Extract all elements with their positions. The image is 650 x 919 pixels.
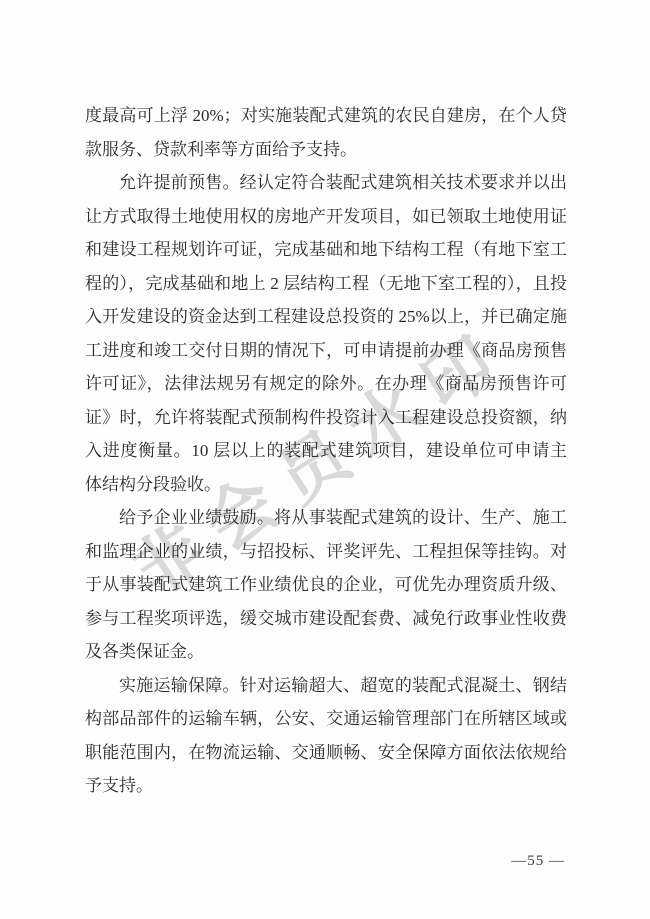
document-page: 非会员水印 度最高可上浮 20%；对实施装配式建筑的农民自建房，在个人贷款服务、…: [0, 0, 650, 919]
text-line: 证》时，允许将装配式预制构件投资计入工程建设总投资额，纳: [85, 401, 567, 435]
page-number: —55 —: [511, 853, 565, 870]
text-line: 于从事装配式建筑工作业绩优良的企业，可优先办理资质升级、: [85, 568, 567, 602]
text-line: 和监理企业的业绩，与招投标、评奖评先、工程担保等挂钩。对: [85, 535, 567, 569]
text-line: 和建设工程规划许可证，完成基础和地下结构工程（有地下室工: [85, 233, 567, 267]
text-line: 构部品部件的运输车辆，公安、交通运输管理部门在所辖区域或: [85, 702, 567, 736]
text-line: 予支持。: [85, 769, 567, 803]
text-line: 让方式取得土地使用权的房地产开发项目，如已领取土地使用证: [85, 200, 567, 234]
text-line: 度最高可上浮 20%；对实施装配式建筑的农民自建房，在个人贷: [85, 99, 567, 133]
text-line: 职能范围内，在物流运输、交通顺畅、安全保障方面依法依规给: [85, 736, 567, 770]
text-line: 款服务、贷款利率等方面给予支持。: [85, 133, 567, 167]
text-line: 程的），完成基础和地上 2 层结构工程（无地下室工程的），且投: [85, 267, 567, 301]
text-line: 体结构分段验收。: [85, 468, 567, 502]
text-line: 工进度和竣工交付日期的情况下，可申请提前办理《商品房预售: [85, 334, 567, 368]
text-line: 实施运输保障。针对运输超大、超宽的装配式混凝土、钢结: [85, 669, 567, 703]
text-line: 许可证》，法律法规另有规定的除外。在办理《商品房预售许可: [85, 367, 567, 401]
text-line: 入开发建设的资金达到工程建设总投资的 25%以上，并已确定施: [85, 300, 567, 334]
text-line: 入进度衡量。10 层以上的装配式建筑项目，建设单位可申请主: [85, 434, 567, 468]
document-body: 度最高可上浮 20%；对实施装配式建筑的农民自建房，在个人贷款服务、贷款利率等方…: [85, 99, 567, 803]
text-line: 给予企业业绩鼓励。将从事装配式建筑的设计、生产、施工: [85, 501, 567, 535]
text-line: 参与工程奖项评选，缓交城市建设配套费、减免行政事业性收费: [85, 602, 567, 636]
text-line: 允许提前预售。经认定符合装配式建筑相关技术要求并以出: [85, 166, 567, 200]
text-line: 及各类保证金。: [85, 635, 567, 669]
